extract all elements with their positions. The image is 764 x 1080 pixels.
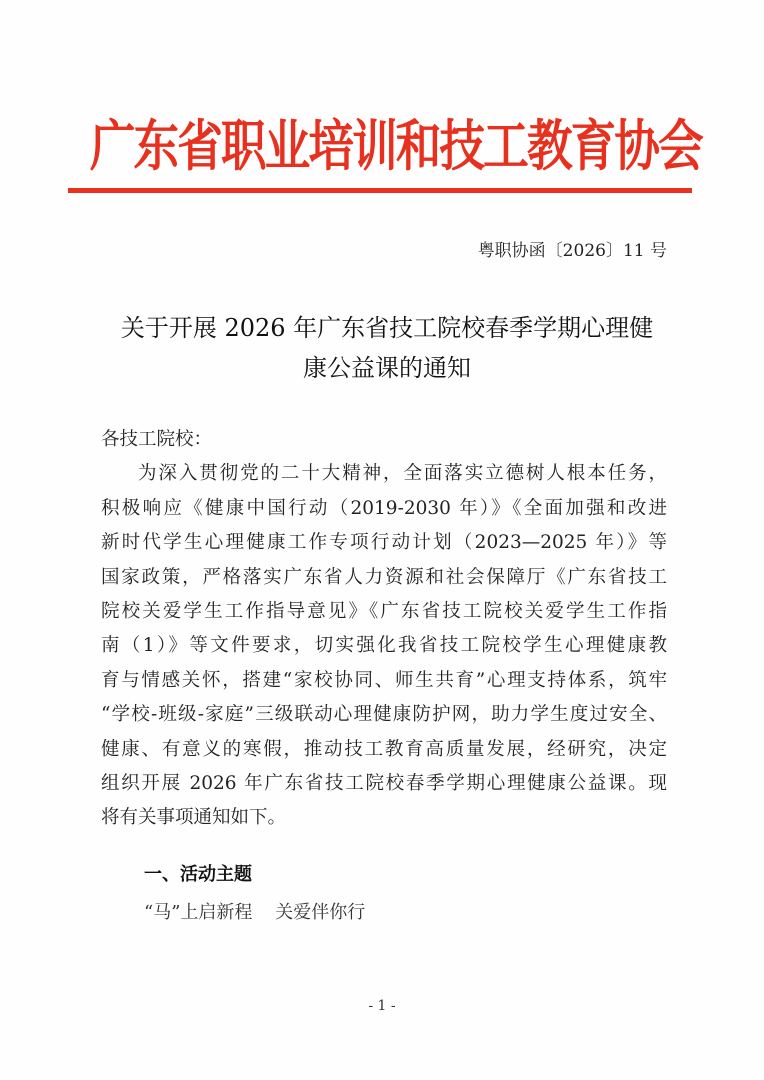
body-line: 育与情感关怀，搭建“家校协同、师生共育”心理支持体系，筑牢 <box>101 664 667 698</box>
document-title-line-1: 关于开展 2026 年广东省技工院校春季学期心理健 <box>98 308 676 348</box>
body-line: 为深入贯彻党的二十大精神，全面落实立德树人根本任务， <box>101 457 667 491</box>
body-line: 国家政策，严格落实广东省人力资源和社会保障厅《广东省技工 <box>101 561 667 595</box>
document-title: 关于开展 2026 年广东省技工院校春季学期心理健 康公益课的通知 <box>98 308 676 388</box>
activity-theme-text: “马”上启新程 关爱伴你行 <box>144 900 365 926</box>
letterhead-red-rule <box>68 188 692 193</box>
body-line: 新时代学生心理健康工作专项行动计划（2023—2025 年）》等 <box>101 526 667 560</box>
document-page: 广东省职业培训和技工教育协会 粤职协函〔2026〕11 号 关于开展 2026 … <box>0 0 764 1080</box>
letterhead-org-name: 广东省职业培训和技工教育协会 <box>90 108 670 186</box>
body-line: 积极响应《健康中国行动（2019-2030 年）》《全面加强和改进 <box>101 492 667 526</box>
body-line: 院校关爱学生工作指导意见》《广东省技工院校关爱学生工作指 <box>101 595 667 629</box>
body-line: 健康、有意义的寒假，推动技工教育高质量发展，经研究，决定 <box>101 733 667 767</box>
body-line: “学校-班级-家庭”三级联动心理健康防护网，助力学生度过安全、 <box>101 698 667 732</box>
page-number: - 1 - <box>0 998 764 1014</box>
document-body: 各技工院校： 为深入贯彻党的二十大精神，全面落实立德树人根本任务， 积极响应《健… <box>101 423 667 836</box>
body-line: 组织开展 2026 年广东省技工院校春季学期心理健康公益课。现 <box>101 767 667 801</box>
section-heading-activity-theme: 一、活动主题 <box>144 862 252 888</box>
body-line-last: 将有关事项通知如下。 <box>101 801 667 835</box>
salutation: 各技工院校： <box>101 423 667 457</box>
document-number: 粤职协函〔2026〕11 号 <box>478 238 667 264</box>
body-line: 南（1）》等文件要求，切实强化我省技工院校学生心理健康教 <box>101 629 667 663</box>
document-title-line-2: 康公益课的通知 <box>98 348 676 388</box>
